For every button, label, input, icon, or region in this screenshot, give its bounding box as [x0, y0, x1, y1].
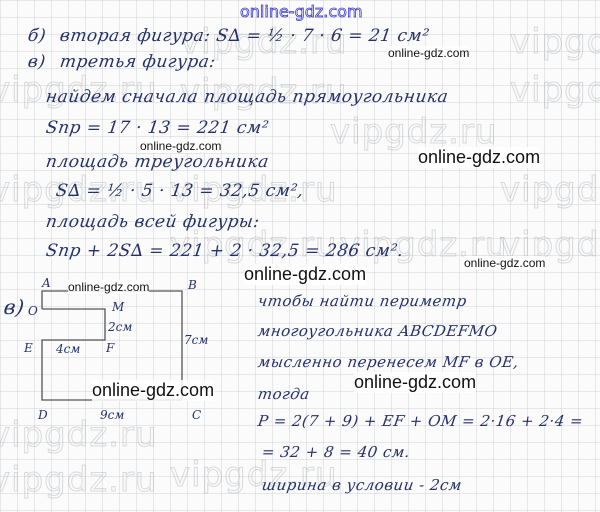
text-line: многоугольника ABCDEFMO	[257, 322, 499, 340]
dim-mf: 2см	[108, 320, 132, 334]
watermark-small: online-gdz.com	[464, 256, 545, 270]
vertex-c: C	[192, 408, 201, 422]
vertex-a: A	[42, 276, 51, 290]
watermark-large: online-gdz.com	[92, 380, 214, 401]
vertex-m: M	[112, 300, 124, 314]
text-line: P = 2(7 + 9) + EF + OM = 2·16 + 2·4 =	[257, 412, 585, 430]
watermark-large: online-gdz.com	[354, 372, 476, 393]
vertex-o: O	[28, 304, 38, 318]
dim-ef: 4см	[56, 342, 80, 356]
watermark-small: online-gdz.com	[140, 139, 221, 153]
watermark-small: online-gdz.com	[388, 46, 469, 60]
text-line: чтобы найти периметр	[257, 292, 468, 310]
worksheet-page: vipgdz.ru vipgdz.ru vipgdz vipgdz.ru vip…	[0, 0, 600, 512]
watermark-small: online-gdz.com	[68, 280, 149, 294]
text-line: мысленно перенесем MF в OE,	[257, 353, 520, 371]
vertex-b: B	[188, 278, 197, 292]
vertex-d: D	[38, 408, 48, 422]
dim-bc: 7см	[184, 333, 208, 347]
text-line: ширина в условии - 2см	[261, 476, 463, 494]
text-line: тогда	[257, 385, 311, 403]
watermark-large: online-gdz.com	[244, 264, 366, 285]
vertex-e: E	[24, 341, 33, 355]
dim-dc: 9см	[100, 408, 124, 422]
text-line: = 32 + 8 = 40 см.	[261, 443, 412, 461]
vertex-f: F	[106, 341, 114, 355]
watermark-large: online-gdz.com	[418, 147, 540, 168]
